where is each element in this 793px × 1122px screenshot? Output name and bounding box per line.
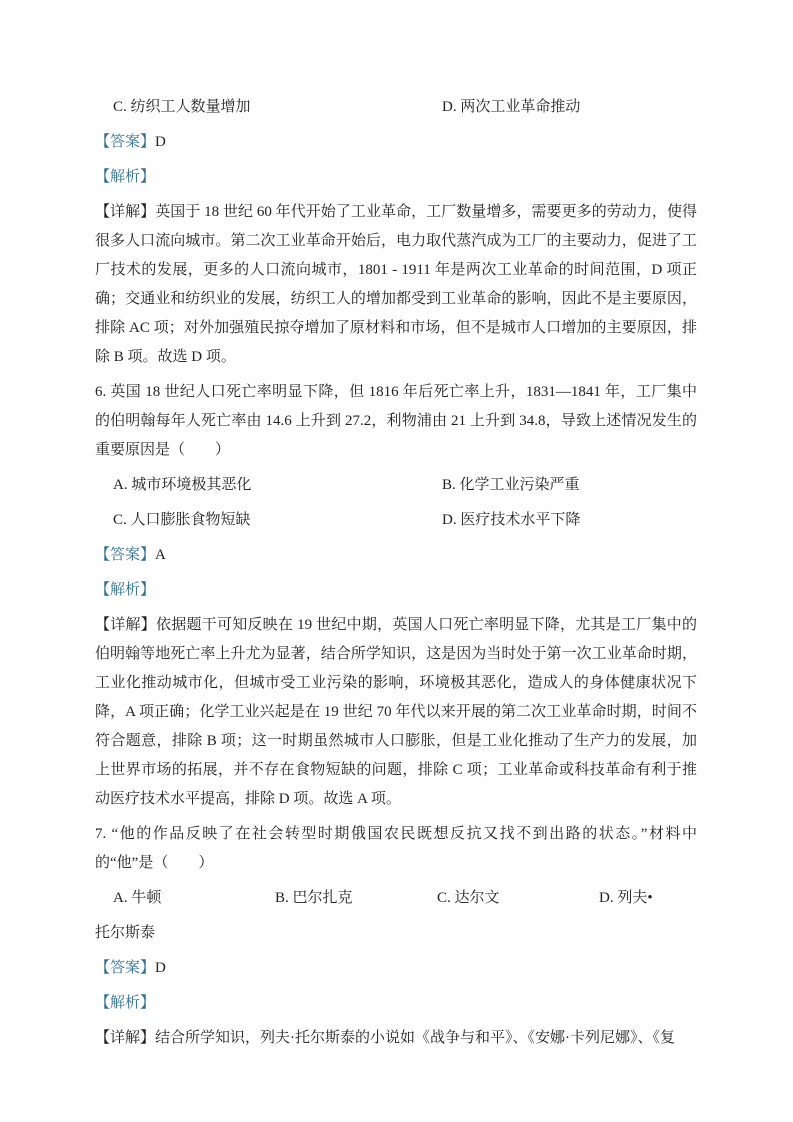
q6-analysis-line: 【解析】 — [95, 576, 697, 605]
q6-option-d: D. 医疗技术水平下降 — [442, 506, 697, 535]
exam-document-page: C. 纺织工人数量增加 D. 两次工业革命推动 【答案】D 【解析】 【详解】英… — [0, 0, 793, 1122]
q5-answer-value: D — [155, 134, 166, 150]
q6-answer-line: 【答案】A — [95, 541, 697, 570]
q7-option-b: B. 巴尔扎克 — [275, 884, 437, 913]
q6-detail-paragraph: 【详解】依据题干可知反映在 19 世纪中期，英国人口死亡率明显下降，尤其是工厂集… — [95, 611, 697, 814]
answer-label: 【答案】 — [95, 960, 155, 976]
q7-analysis-line: 【解析】 — [95, 989, 697, 1018]
analysis-label: 【解析】 — [95, 582, 155, 598]
q5-detail-paragraph: 【详解】英国于 18 世纪 60 年代开始了工业革命，工厂数量增多，需要更多的劳… — [95, 198, 697, 372]
analysis-label: 【解析】 — [95, 169, 155, 185]
question-5-block: C. 纺织工人数量增加 D. 两次工业革命推动 【答案】D 【解析】 【详解】英… — [95, 93, 697, 372]
answer-label: 【答案】 — [95, 134, 155, 150]
q6-stem: 6. 英国 18 世纪人口死亡率明显下降，但 1816 年后死亡率上升，1831… — [95, 378, 697, 465]
q7-stem: 7. “他的作品反映了在社会转型时期俄国农民既想反抗又找不到出路的状态。”材料中… — [95, 820, 697, 878]
q7-option-d-wrap-line: 托尔斯泰 — [95, 919, 697, 948]
q6-answer-value: A — [155, 547, 166, 563]
q5-analysis-line: 【解析】 — [95, 163, 697, 192]
q7-answer-value: D — [155, 960, 166, 976]
q6-options-row-cd: C. 人口膨胀食物短缺 D. 医疗技术水平下降 — [95, 506, 697, 535]
q5-option-c: C. 纺织工人数量增加 — [113, 93, 442, 122]
q7-answer-line: 【答案】D — [95, 954, 697, 983]
question-6-block: 6. 英国 18 世纪人口死亡率明显下降，但 1816 年后死亡率上升，1831… — [95, 378, 697, 814]
q6-options-row-ab: A. 城市环境极其恶化 B. 化学工业污染严重 — [95, 471, 697, 500]
q5-options-row: C. 纺织工人数量增加 D. 两次工业革命推动 — [95, 93, 697, 122]
q7-option-a: A. 牛顿 — [113, 884, 275, 913]
q6-option-b: B. 化学工业污染严重 — [442, 471, 697, 500]
analysis-label: 【解析】 — [95, 995, 155, 1011]
q5-answer-line: 【答案】D — [95, 128, 697, 157]
q7-option-d: D. 列夫• — [599, 884, 697, 913]
q6-option-a: A. 城市环境极其恶化 — [113, 471, 442, 500]
q5-option-d: D. 两次工业革命推动 — [442, 93, 697, 122]
question-7-block: 7. “他的作品反映了在社会转型时期俄国农民既想反抗又找不到出路的状态。”材料中… — [95, 820, 697, 1053]
q7-detail-paragraph: 【详解】结合所学知识，列夫·托尔斯泰的小说如《战争与和平》、《安娜·卡列尼娜》、… — [95, 1024, 697, 1053]
q7-option-c: C. 达尔文 — [437, 884, 599, 913]
q6-option-c: C. 人口膨胀食物短缺 — [113, 506, 442, 535]
answer-label: 【答案】 — [95, 547, 155, 563]
q7-options-row: A. 牛顿 B. 巴尔扎克 C. 达尔文 D. 列夫• — [95, 884, 697, 913]
